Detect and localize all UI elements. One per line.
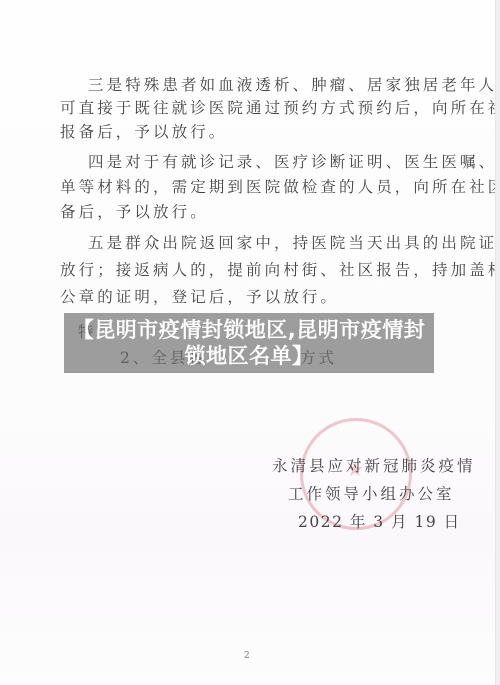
overlay-title-line-1: 【昆明市疫情封锁地区,昆明市疫情封 — [64, 317, 434, 343]
page-number: 2 — [244, 651, 250, 661]
document-page: 三是特殊患者如血液透析、肿瘤、居家独居老年人、产检等， 可直接于既往就诊医院通过… — [0, 0, 496, 685]
paragraph-3-line-1: 三是特殊患者如血液透析、肿瘤、居家独居老年人、产检等， — [88, 76, 500, 94]
signature-org-line-1: 永清县应对新冠肺炎疫情 — [272, 457, 476, 475]
page-edge-border — [495, 0, 500, 685]
signature-date: 2022 年 3 月 19 日 — [298, 513, 461, 531]
paragraph-3-line-3: 报备后，予以放行。 — [60, 123, 227, 141]
paragraph-5-line-1: 五是群众出院返回家中，持医院当天出具的出院证明，予以 — [88, 234, 500, 252]
title-overlay-banner: 特 2、全县各 方式 【昆明市疫情封锁地区,昆明市疫情封 锁地区名单】 — [64, 313, 434, 373]
paragraph-4-line-1: 四是对于有就诊记录、医疗诊断证明、医生医嘱、定期检查 — [88, 153, 500, 171]
paragraph-5-line-3: 公章的证明，登记后，予以放行。 — [60, 288, 339, 306]
paragraph-4-line-3: 备后，予以放行。 — [60, 203, 209, 221]
paragraph-3-line-2: 可直接于既往就诊医院通过预约方式预约后，向所在社区、村街 — [60, 99, 500, 117]
overlay-title-line-2: 锁地区名单】 — [64, 343, 434, 369]
overlay-title: 【昆明市疫情封锁地区,昆明市疫情封 锁地区名单】 — [64, 317, 434, 369]
paragraph-4-line-2: 单等材料的，需定期到医院做检查的人员，向所在社区、村街报 — [60, 178, 500, 196]
signature-org-line-2: 工作领导小组办公室 — [288, 485, 455, 503]
paragraph-5-line-2: 放行；接返病人的，提前向村街、社区报告，持加盖村街、社区 — [60, 261, 500, 279]
